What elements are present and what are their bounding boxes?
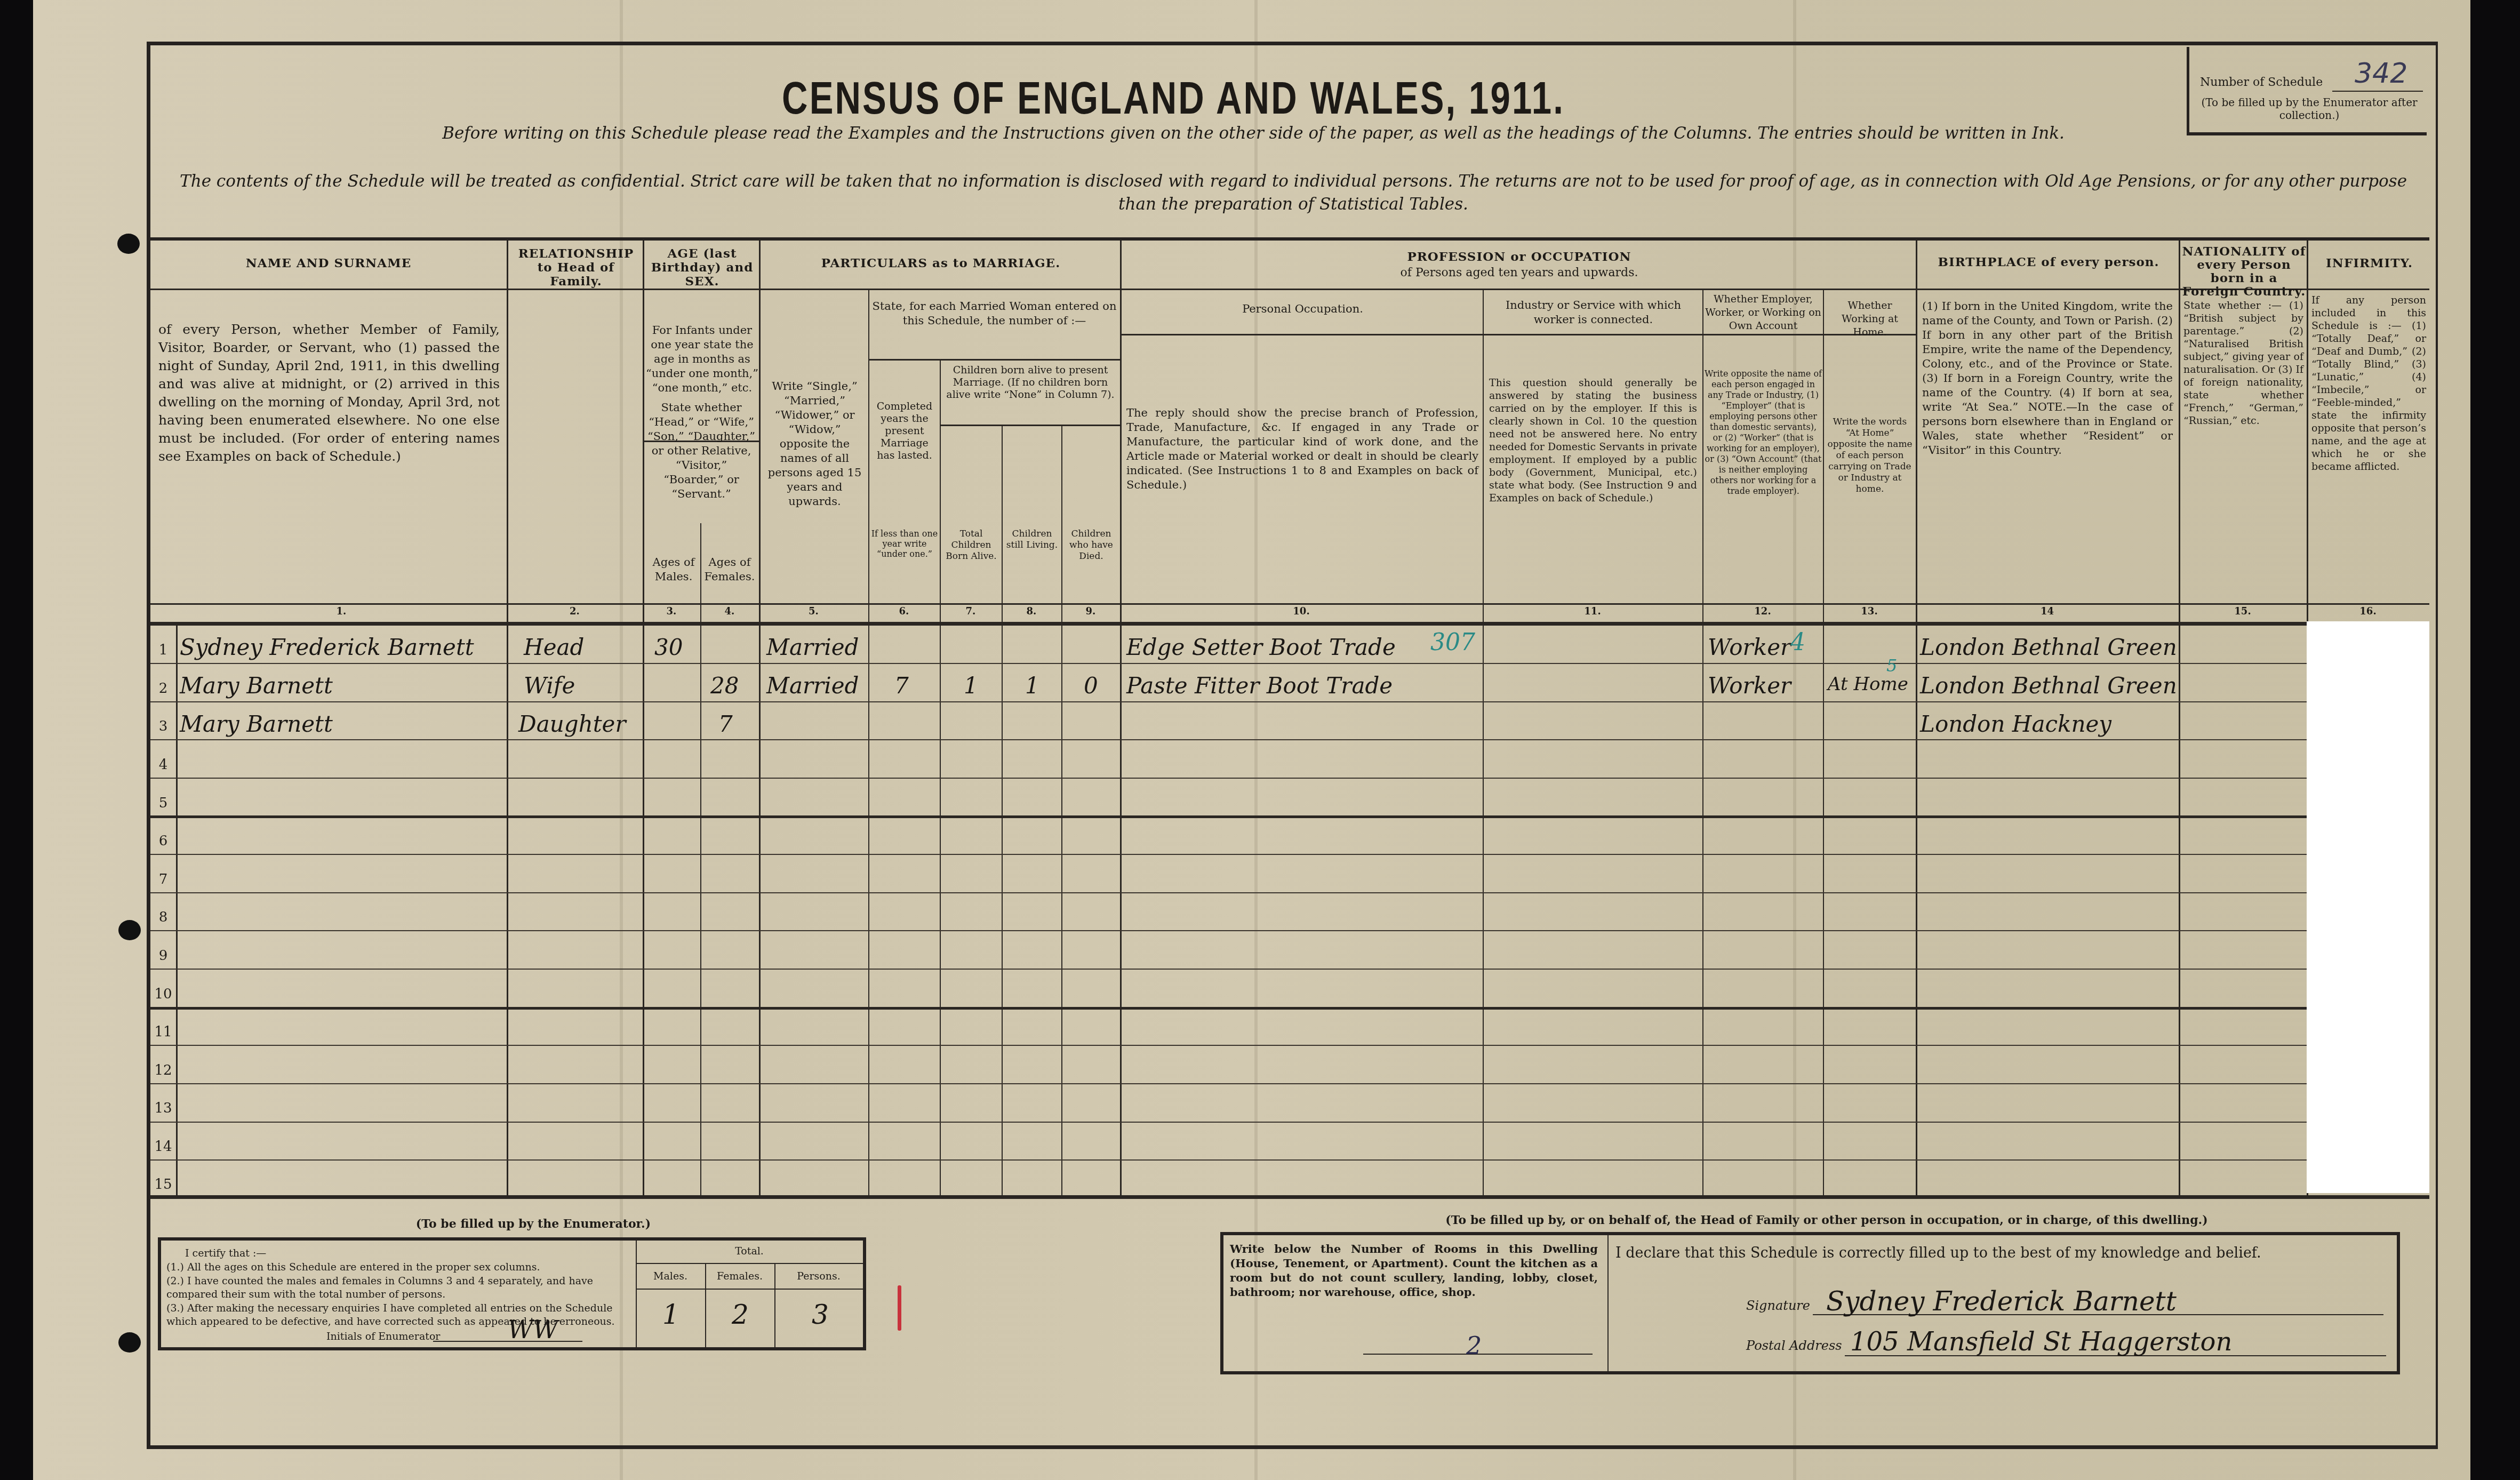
- col-divider: [1607, 1235, 1609, 1371]
- page-title: CENSUS OF ENGLAND AND WALES, 1911.: [674, 72, 1673, 125]
- redacted-infirmity-column: [2307, 621, 2429, 1193]
- heading-marriage: PARTICULARS as to MARRIAGE.: [762, 257, 1120, 270]
- row-rule: [150, 892, 2307, 893]
- initials-value[interactable]: WW: [508, 1315, 558, 1344]
- row-rule-thick: [150, 1007, 2307, 1010]
- rooms-instruction: Write below the Number of Rooms in this …: [1230, 1242, 1598, 1299]
- row-number: 12: [150, 1062, 176, 1078]
- row-number: 7: [150, 871, 176, 887]
- heading-relationship: RELATIONSHIP to Head of Family.: [509, 247, 643, 289]
- sub-industry: Industry or Service with which worker is…: [1485, 298, 1701, 327]
- sub-ages-males: Ages of Males.: [650, 555, 698, 584]
- cell-children-living[interactable]: 1: [1025, 673, 1039, 699]
- females-label: Females.: [705, 1270, 774, 1283]
- total-females[interactable]: 2: [732, 1299, 749, 1330]
- col-divider: [2179, 241, 2180, 1198]
- signature-value[interactable]: Sydney Frederick Barnett: [1826, 1286, 2177, 1317]
- heading-occupation-sub: of Persons aged ten years and upwards.: [1123, 266, 1916, 280]
- red-tally-mark: [898, 1285, 901, 1331]
- address-value[interactable]: 105 Mansfield St Haggerston: [1850, 1327, 2232, 1357]
- desc-age: For Infants under one year state the age…: [645, 323, 759, 395]
- header-rule-thick: [150, 622, 2429, 626]
- col-divider: [759, 241, 761, 1198]
- signature-label: Signature: [1746, 1298, 1810, 1313]
- declaration-text: I declare that this Schedule is correctl…: [1615, 1245, 2261, 1261]
- col-divider: [1702, 289, 1703, 1198]
- column-number: 14: [1916, 606, 2179, 617]
- desc-under-one: If less than one year write “under one.”: [870, 529, 939, 559]
- desc-employer: Write opposite the name of each person e…: [1705, 369, 1822, 497]
- desc-working-home: Write the words “At Home” opposite the n…: [1825, 417, 1915, 495]
- heading-birthplace: BIRTHPLACE of every person.: [1918, 255, 2179, 269]
- desc-nationality: State whether :— (1) “British subject by…: [2183, 299, 2303, 427]
- col-divider: [1061, 425, 1062, 1198]
- cell-occupation-code: 307: [1430, 629, 1475, 656]
- certify-item-2: (2.) I have counted the males and female…: [166, 1275, 630, 1301]
- heading-name: NAME AND SURNAME: [150, 257, 507, 270]
- schedule-number-box: Number of Schedule 342 (To be filled up …: [2187, 47, 2427, 135]
- desc-industry: This question should generally be answer…: [1489, 377, 1697, 505]
- row-number: 15: [150, 1177, 176, 1193]
- header-rule: [150, 603, 2429, 605]
- row-number: 2: [150, 681, 176, 697]
- column-number: 10.: [1120, 606, 1483, 617]
- col-divider: [1120, 241, 1122, 1198]
- cell-birthplace[interactable]: London Bethnal Green: [1920, 673, 2177, 699]
- row-rule: [150, 854, 2307, 855]
- cell-birthplace[interactable]: London Bethnal Green: [1920, 634, 2177, 660]
- row-number: 3: [150, 718, 176, 734]
- sub-personal-occupation: Personal Occupation.: [1123, 302, 1483, 316]
- col-divider: [643, 241, 644, 1198]
- cell-children-died[interactable]: 0: [1084, 673, 1098, 699]
- cell-name[interactable]: Sydney Frederick Barnett: [180, 634, 474, 660]
- cell-relationship[interactable]: Head: [524, 634, 584, 660]
- cell-years-married[interactable]: 7: [894, 673, 909, 699]
- sub-children-died: Children who have Died.: [1063, 529, 1119, 562]
- desc-personal-occupation: The reply should show the precise branch…: [1126, 406, 1478, 492]
- row-rule: [150, 1083, 2307, 1084]
- cell-name[interactable]: Mary Barnett: [180, 711, 333, 737]
- row-rule-thick: [150, 815, 2307, 818]
- instruction-line: Before writing on this Schedule please r…: [320, 124, 2187, 143]
- certify-item-3: (3.) After making the necessary enquirie…: [166, 1302, 630, 1329]
- cell-age-male[interactable]: 30: [654, 634, 683, 660]
- confidential-notice: The contents of the Schedule will be tre…: [160, 172, 2427, 191]
- sub-employer: Whether Employer, Worker, or Working on …: [1705, 293, 1822, 333]
- rooms-value[interactable]: 2: [1466, 1331, 1482, 1360]
- row-rule: [150, 1045, 2307, 1046]
- cell-relationship[interactable]: Daughter: [518, 711, 626, 737]
- enumerator-certification-box: I certify that :— (1.) All the ages on t…: [158, 1237, 866, 1350]
- row-number: 11: [150, 1024, 176, 1040]
- cell-children-born[interactable]: 1: [964, 673, 978, 699]
- males-label: Males.: [636, 1270, 705, 1283]
- cell-relationship[interactable]: Wife: [524, 673, 575, 699]
- heading-occupation: PROFESSION or OCCUPATION: [1123, 250, 1916, 264]
- column-number: 6.: [868, 606, 940, 617]
- sub-total-children: Total Children Born Alive.: [942, 529, 1001, 562]
- row-rule: [150, 1159, 2307, 1161]
- col-divider: [1916, 241, 1917, 1198]
- cell-employer-status[interactable]: Worker: [1708, 673, 1791, 699]
- persons-label: Persons.: [774, 1270, 863, 1283]
- row-number: 9: [150, 948, 176, 964]
- row-number: 14: [150, 1139, 176, 1155]
- desc-married-woman: State, for each Married Woman entered on…: [870, 299, 1118, 328]
- col-divider: [1483, 289, 1484, 1198]
- total-label: Total.: [636, 1245, 863, 1258]
- header-rule: [1120, 334, 1916, 335]
- punch-hole-icon: [117, 234, 140, 254]
- cell-occupation[interactable]: Edge Setter Boot Trade: [1126, 634, 1396, 660]
- row-rule: [150, 930, 2307, 931]
- schedule-number-note: (To be filled up by the Enumerator after…: [2195, 96, 2424, 122]
- sub-children-living: Children still Living.: [1004, 529, 1060, 551]
- address-label: Postal Address: [1746, 1338, 1842, 1353]
- col-divider: [176, 625, 178, 1198]
- row-number: 10: [150, 986, 176, 1002]
- heading-age: AGE (last Birthday) and SEX.: [645, 247, 759, 289]
- column-number: 16.: [2307, 606, 2429, 617]
- sub-ages-females: Ages of Females.: [703, 555, 756, 584]
- certify-item-1: (1.) All the ages on this Schedule are e…: [166, 1261, 630, 1274]
- column-number: 7.: [940, 606, 1002, 617]
- census-table: NAME AND SURNAME RELATIONSHIP to Head of…: [150, 237, 2429, 1198]
- schedule-number-value[interactable]: 342: [2355, 58, 2407, 90]
- row-rule: [150, 739, 2307, 740]
- row-number: 4: [150, 757, 176, 773]
- desc-marriage-status: Write “Single,” “Married,” “Widower,” or…: [763, 379, 867, 509]
- total-persons[interactable]: 3: [812, 1299, 829, 1330]
- header-rule: [150, 289, 2429, 290]
- cell-occupation[interactable]: Paste Fitter Boot Trade: [1126, 673, 1393, 699]
- enumerator-section-title: (To be filled up by the Enumerator.): [160, 1217, 907, 1231]
- cell-marriage[interactable]: Married: [766, 673, 859, 699]
- desc-birthplace: (1) If born in the United Kingdom, write…: [1922, 299, 2173, 458]
- sub-working-home: Whether Working at Home.: [1825, 299, 1915, 339]
- column-number: 9.: [1061, 606, 1120, 617]
- col-divider: [507, 241, 508, 1198]
- desc-years-married: Completed years the present Marriage has…: [870, 401, 939, 462]
- heading-nationality: NATIONALITY of every Person born in a Fo…: [2181, 245, 2307, 298]
- desc-relationship: State whether “Head,” or “Wife,” “Son,” …: [645, 401, 757, 501]
- table-bottom-rule: [150, 1195, 2429, 1199]
- header-rule: [940, 425, 1120, 426]
- row-number: 5: [150, 795, 176, 811]
- desc-name: of every Person, whether Member of Famil…: [158, 321, 500, 466]
- row-rule: [150, 1122, 2307, 1123]
- punch-hole-icon: [118, 1332, 141, 1353]
- column-number: 4.: [700, 606, 759, 617]
- row-number: 1: [150, 642, 176, 658]
- cell-age-female[interactable]: 28: [710, 673, 739, 699]
- col-divider: [1002, 425, 1003, 1198]
- punch-hole-icon: [118, 920, 141, 940]
- column-number: 3.: [643, 606, 700, 617]
- column-number: 8.: [1002, 606, 1061, 617]
- header-rule: [868, 359, 1120, 361]
- cell-home-code: 5: [1886, 655, 1897, 676]
- row-number: 6: [150, 833, 176, 849]
- column-number: 11.: [1483, 606, 1702, 617]
- cell-marriage[interactable]: Married: [766, 634, 859, 660]
- total-rule: [636, 1289, 863, 1290]
- schedule-number-line: [2332, 91, 2423, 92]
- cell-age-female[interactable]: 7: [718, 711, 733, 737]
- desc-infirmity: If any person included in this Schedule …: [2311, 294, 2426, 473]
- row-rule: [150, 778, 2307, 779]
- cell-employer-status[interactable]: Worker: [1708, 634, 1791, 660]
- row-rule: [150, 969, 2307, 970]
- household-declaration-box: Write below the Number of Rooms in this …: [1220, 1232, 2400, 1374]
- column-number: 1.: [176, 606, 507, 617]
- cell-birthplace[interactable]: London Hackney: [1920, 711, 2111, 737]
- row-number: 13: [150, 1100, 176, 1116]
- confidential-notice-cont: than the preparation of Statistical Tabl…: [160, 195, 2427, 214]
- row-rule: [150, 701, 2307, 702]
- certify-intro: I certify that :—: [185, 1247, 266, 1260]
- row-number: 8: [150, 909, 176, 925]
- column-number: 5.: [759, 606, 868, 617]
- cell-working-home[interactable]: At Home: [1828, 674, 1908, 695]
- household-section-title: (To be filled up by, or on behalf of, th…: [1227, 1213, 2427, 1227]
- heading-infirmity: INFIRMITY.: [2309, 257, 2429, 270]
- column-number: 13.: [1823, 606, 1916, 617]
- cell-employer-code: 4: [1790, 629, 1805, 656]
- initials-label: Initials of Enumerator: [326, 1330, 440, 1343]
- col-divider: [868, 289, 869, 1198]
- row-rule: [150, 663, 2307, 664]
- desc-children: Children born alive to present Marriage.…: [942, 364, 1119, 401]
- col-divider: [1823, 289, 1824, 1198]
- column-number: 15.: [2179, 606, 2307, 617]
- column-number: 2.: [507, 606, 643, 617]
- schedule-number-label: Number of Schedule: [2200, 76, 2323, 89]
- cell-name[interactable]: Mary Barnett: [180, 673, 333, 699]
- column-number: 12.: [1702, 606, 1823, 617]
- total-rule: [636, 1263, 863, 1264]
- total-males[interactable]: 1: [662, 1299, 679, 1330]
